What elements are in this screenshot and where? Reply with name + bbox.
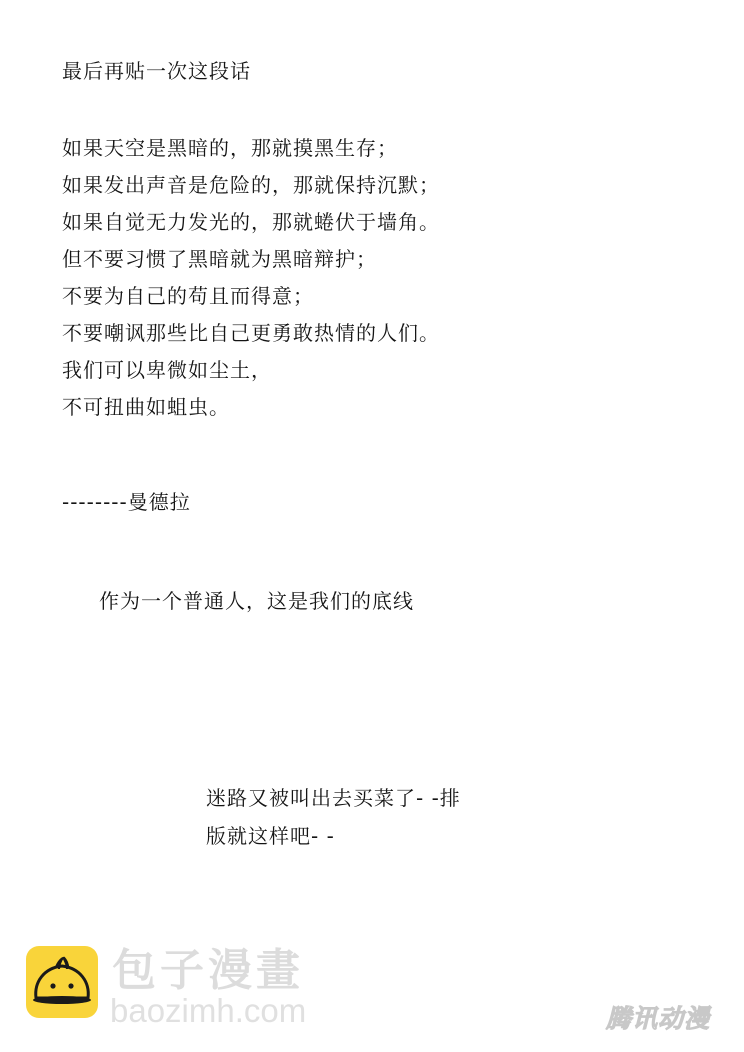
note-line: 版就这样吧- -: [206, 824, 461, 862]
note-line: 迷路又被叫出去买菜了- -排: [206, 786, 461, 824]
poem-line: 我们可以卑微如尘土，: [62, 358, 440, 395]
author-note: 迷路又被叫出去买菜了- -排 版就这样吧- -: [206, 786, 461, 862]
poem-block: 如果天空是黑暗的，那就摸黑生存； 如果发出声音是危险的，那就保持沉默； 如果自觉…: [62, 136, 440, 432]
poem-line: 不要嘲讽那些比自己更勇敢热情的人们。: [62, 321, 440, 358]
signature: --------曼德拉: [62, 490, 191, 514]
steamed-bun-icon: [26, 946, 98, 1018]
brand-url: baozimh.com: [110, 993, 306, 1029]
poem-line: 如果天空是黑暗的，那就摸黑生存；: [62, 136, 440, 173]
poem-line: 不可扭曲如蛆虫。: [62, 395, 440, 432]
poem-line: 不要为自己的苟且而得意；: [62, 284, 440, 321]
motto: 作为一个普通人，这是我们的底线: [99, 589, 414, 613]
poem-line: 但不要习惯了黑暗就为黑暗辩护；: [62, 247, 440, 284]
poem-line: 如果发出声音是危险的，那就保持沉默；: [62, 173, 440, 210]
poem-line: 如果自觉无力发光的，那就蜷伏于墙角。: [62, 210, 440, 247]
page-title: 最后再贴一次这段话: [62, 59, 251, 83]
publisher-watermark: 腾讯动漫: [606, 1004, 710, 1034]
brand-name: 包子漫畫: [112, 946, 304, 996]
